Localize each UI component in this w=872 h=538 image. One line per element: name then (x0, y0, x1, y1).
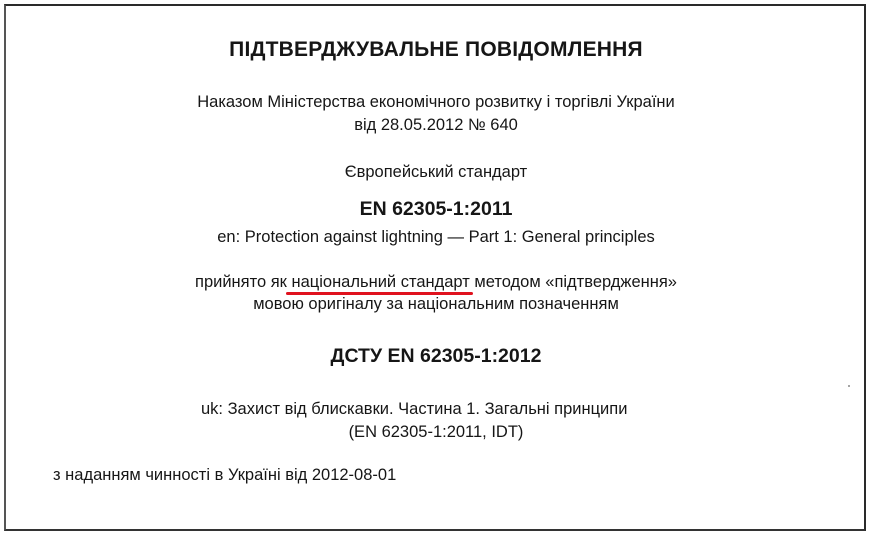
effective-date-statement: з наданням чинності в Україні від 2012-0… (53, 466, 396, 485)
uk-standard-title: uk: Захист від блискавки. Частина 1. Заг… (201, 400, 627, 419)
document-frame (4, 4, 866, 531)
highlighted-national-standard: національний стандарт (291, 273, 469, 292)
adoption-suffix: методом «підтвердження» (470, 273, 677, 291)
order-line-1: Наказом Міністерства економічного розвит… (0, 93, 872, 112)
adoption-statement-line-2: мовою оригіналу за національним позначен… (0, 295, 872, 314)
adoption-statement: прийнято як національний стандарт методо… (0, 273, 872, 292)
en-standard-code: EN 62305-1:2011 (0, 198, 872, 221)
scan-speck (848, 385, 850, 387)
uk-standard-reference: (EN 62305-1:2011, IDT) (0, 423, 872, 442)
dstu-standard-code: ДСТУ EN 62305-1:2012 (0, 345, 872, 368)
order-line-2: від 28.05.2012 № 640 (0, 116, 872, 135)
adoption-prefix: прийнято як (195, 273, 291, 291)
european-standard-label: Європейський стандарт (0, 163, 872, 182)
en-standard-title: en: Protection against lightning — Part … (0, 228, 872, 247)
document-title: ПІДТВЕРДЖУВАЛЬНЕ ПОВІДОМЛЕННЯ (0, 38, 872, 62)
